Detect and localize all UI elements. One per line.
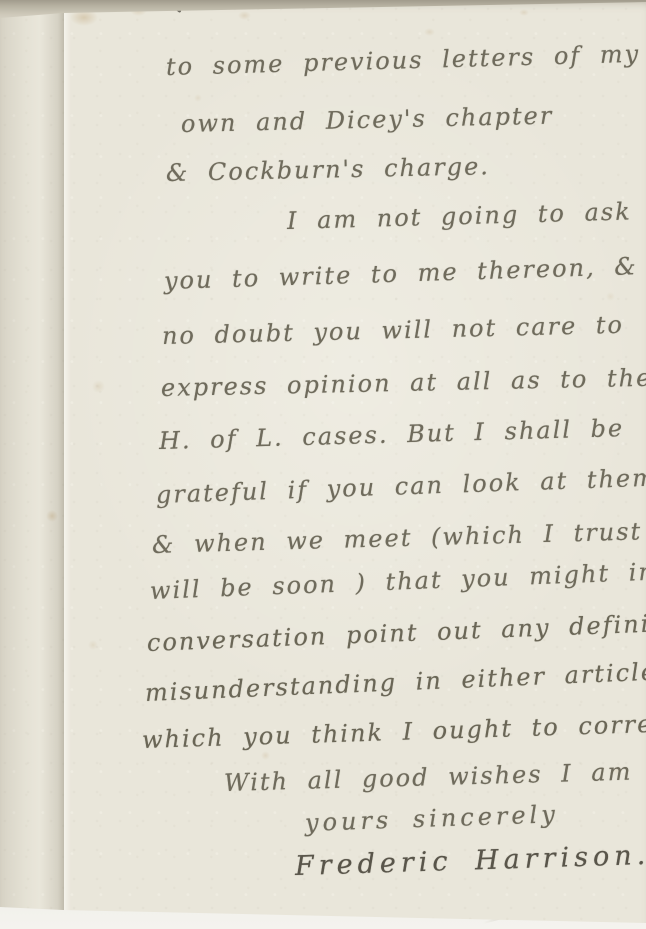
handwritten-line: own and Dicey's chapter: [181, 102, 554, 138]
foxing-spot: [92, 380, 105, 393]
foxing-spot: [519, 9, 529, 16]
handwritten-line: no doubt you will not care to: [162, 311, 625, 350]
foxing-spot: [130, 5, 147, 16]
foxing-spot: [194, 94, 202, 102]
letter-page: to some previous letters of my own and D…: [0, 0, 646, 929]
fold-flap: [0, 0, 64, 929]
foxing-spot: [424, 28, 435, 36]
handwritten-line: which you think I ought to correct.: [142, 709, 646, 754]
foxing-spot: [88, 640, 98, 650]
handwritten-line: to some previous letters of my: [166, 40, 641, 81]
signature: Frederic Harrison.: [295, 840, 646, 882]
handwritten-line: misunderstanding in either article: [144, 658, 646, 707]
foxing-spot: [46, 510, 58, 522]
handwritten-line: you to write to me thereon, &: [164, 252, 638, 295]
handwritten-line: will be soon ) that you might in: [149, 558, 646, 605]
foxing-spot: [238, 11, 251, 20]
handwritten-line: express opinion at all as to the: [161, 364, 646, 402]
ink-mark: [171, 4, 181, 13]
handwritten-line: I am not going to ask: [287, 197, 632, 235]
photograph-background: to some previous letters of my own and D…: [0, 0, 646, 929]
handwritten-line: conversation point out any definite: [146, 609, 646, 657]
handwritten-line: grateful if you can look at them,: [156, 463, 646, 509]
fold-crease: [64, 0, 71, 929]
foxing-spot: [606, 292, 615, 301]
handwritten-line: With all good wishes I am: [224, 758, 633, 797]
handwritten-line: yours sincerely: [305, 800, 560, 837]
foxing-spot: [70, 9, 98, 26]
foxing-spot: [261, 751, 270, 760]
handwritten-line: H. of L. cases. But I shall be: [159, 414, 625, 455]
handwritten-line: & when we meet (which I trust: [152, 517, 643, 559]
handwritten-line: & Cockburn's charge.: [166, 152, 490, 187]
